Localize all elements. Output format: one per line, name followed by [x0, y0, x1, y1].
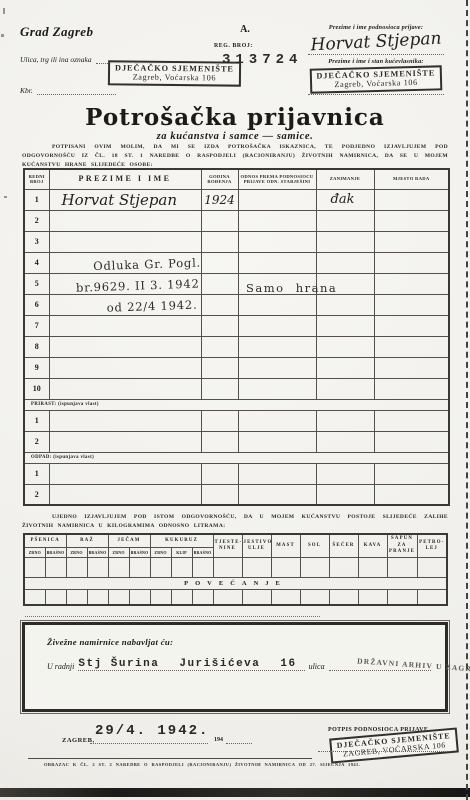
sub-zrno: ZRNO [108, 547, 129, 557]
member-year [201, 210, 238, 231]
col-header-mjesto-rada: MJESTO RADA [374, 169, 449, 189]
prirast-label: PRIRAST: (ispunjava vlast) [24, 399, 449, 410]
member-name [49, 431, 201, 452]
supply-cell [213, 589, 242, 605]
member-workplace [374, 210, 449, 231]
member-occupation [316, 315, 374, 336]
member-workplace [374, 357, 449, 378]
member-name [49, 410, 201, 431]
supply-cell [300, 589, 329, 605]
stamp-line2: Zagreb, Voćarska 106 [115, 72, 234, 82]
supply-cell [271, 557, 300, 577]
member-occupation [316, 294, 374, 315]
col-sapun: SAPUN ZA PRANJE [387, 534, 417, 557]
member-workplace [374, 273, 449, 294]
member-workplace [374, 431, 449, 452]
col-header-zanimanje: ZANIMANJE [316, 169, 374, 189]
table-header-row: REDNI BROJ PREZIME I IME GODINA ROĐENJA … [24, 169, 449, 189]
member-relation [238, 410, 316, 431]
supply-cell [192, 589, 213, 605]
table-row: 3 [24, 231, 449, 252]
scanned-form-page: Grad Zagreb Ulica, trg ili ina oznaka DJ… [0, 0, 470, 800]
member-occupation: đak [316, 189, 374, 210]
row-number: 2 [24, 484, 49, 505]
supply-cell [108, 557, 129, 577]
dotted-leader: DRŽAVNI ARHIV U ZAGREBU [329, 659, 431, 671]
row-number: 5 [24, 273, 49, 294]
supply-cell [45, 557, 66, 577]
supply-cell [300, 557, 329, 577]
legal-rule [28, 758, 312, 759]
stamp-line2: Zagreb, Voćarska 106 [317, 77, 436, 89]
member-name [49, 336, 201, 357]
row-number: 3 [24, 231, 49, 252]
member-year [201, 336, 238, 357]
scan-bottom-edge [0, 788, 470, 797]
member-workplace [374, 189, 449, 210]
reg-number-label: REG. BROJ: [214, 43, 253, 49]
scan-artifact [3, 8, 5, 14]
seminary-stamp: DJEČAČKO SJEMENIŠTE Zagreb, Voćarska 106 [309, 65, 442, 93]
member-workplace [374, 378, 449, 399]
city-title: Grad Zagreb [20, 24, 93, 40]
supply-cell [242, 589, 271, 605]
sub-brasno: BRAŠNO [192, 547, 213, 557]
supply-cell [66, 557, 87, 577]
street-label: Ulica, trg ili ina oznaka [20, 55, 92, 64]
table-row: 1 [24, 410, 449, 431]
col-sol: SOL [300, 534, 329, 557]
samo-hrana-note: Samo hrana [246, 281, 337, 295]
supply-cell [108, 589, 129, 605]
member-relation [238, 210, 316, 231]
member-occupation [316, 231, 374, 252]
col-header-redni-broj: REDNI BROJ [24, 169, 49, 189]
dotted-rule [25, 616, 320, 617]
supply-cell [329, 557, 358, 577]
member-workplace [374, 252, 449, 273]
row-number: 1 [24, 189, 49, 210]
applicant-block: Prezime i ime podnosioca prijave: Horvat… [302, 24, 450, 98]
kbr-label: Kbr. [20, 86, 33, 95]
col-header-odnos: ODNOS PREMA PODNOSIOCU PRIJAVE ODN. STAR… [238, 169, 316, 189]
supply-cell [171, 557, 192, 577]
table-row: 10 [24, 378, 449, 399]
row-number: 1 [24, 463, 49, 484]
col-header-godina: GODINA ROĐENJA [201, 169, 238, 189]
sub-klip: KLIP [171, 547, 192, 557]
col-group-jecam: JEČAM [108, 534, 150, 547]
supply-cell [150, 589, 171, 605]
supply-cell [358, 589, 387, 605]
supply-cell [213, 557, 242, 577]
sub-brasno: BRAŠNO [45, 547, 66, 557]
member-year: 1924 [201, 189, 238, 210]
dotted-line [308, 93, 444, 95]
declaration-paragraph-2: UJEDNO IZJAVLJUJEM POD ISTOM ODGOVORNOŠĆ… [22, 513, 448, 531]
row-number: 8 [24, 336, 49, 357]
member-workplace [374, 336, 449, 357]
supply-cell [417, 557, 447, 577]
table-row: 2 [24, 210, 449, 231]
member-name [49, 210, 201, 231]
member-relation [238, 463, 316, 484]
member-relation [238, 294, 316, 315]
member-relation [238, 431, 316, 452]
shop-number: 16 [280, 658, 296, 670]
supply-cell [24, 589, 45, 605]
row-number: 2 [24, 431, 49, 452]
member-workplace [374, 463, 449, 484]
scan-artifact [4, 196, 7, 198]
member-occupation [316, 336, 374, 357]
member-workplace [374, 315, 449, 336]
scan-artifact [1, 34, 4, 37]
col-petrolej: PETRO-LEJ [417, 534, 447, 557]
member-workplace [374, 231, 449, 252]
supply-cell [171, 589, 192, 605]
member-year [201, 231, 238, 252]
purchase-intro: Živežne namirnice nabavljat ću: [47, 637, 173, 647]
member-relation [238, 336, 316, 357]
member-occupation [316, 210, 374, 231]
supply-cell [129, 557, 150, 577]
sub-zrno: ZRNO [24, 547, 45, 557]
shop-name: Stj Šurina [78, 658, 159, 670]
member-year [201, 357, 238, 378]
member-name [49, 463, 201, 484]
sub-brasno: BRAŠNO [87, 547, 108, 557]
year-dotted-line [226, 743, 252, 744]
household-members-table: REDNI BROJ PREZIME I IME GODINA ROĐENJA … [23, 168, 450, 506]
member-year [201, 315, 238, 336]
member-workplace [374, 410, 449, 431]
povecanje-label: POVEĆANJE [24, 577, 447, 589]
table-row: 2 [24, 484, 449, 505]
sub-zrno: ZRNO [66, 547, 87, 557]
year-stub: 194 [214, 737, 223, 743]
row-number: 4 [24, 252, 49, 273]
applicant-signature: Horvat Stjepan [302, 28, 451, 56]
member-occupation [316, 378, 374, 399]
col-group-kukuruz: KUKURUZ [150, 534, 213, 547]
member-relation [238, 315, 316, 336]
supply-cell [387, 589, 417, 605]
table-row: 8 [24, 336, 449, 357]
member-relation [238, 357, 316, 378]
col-header-prezime-ime: PREZIME I IME [49, 169, 201, 189]
decision-annotation: Odluka Gr. Pogl. br.9629. II 3. 1942 od … [75, 251, 237, 320]
col-group-psenica: PŠENICA [24, 534, 66, 547]
member-name [49, 378, 201, 399]
member-name: Horvat Stjepan [49, 189, 201, 210]
supply-cell [87, 557, 108, 577]
supply-cell [329, 589, 358, 605]
member-occupation [316, 252, 374, 273]
member-relation [238, 189, 316, 210]
row-number: 9 [24, 357, 49, 378]
supply-cell [417, 589, 447, 605]
table-row: 9 [24, 357, 449, 378]
member-year [201, 410, 238, 431]
col-kava: KAVA [358, 534, 387, 557]
col-jestivo-ulje: JESTIVO ULJE [242, 534, 271, 557]
ulica-label: ulica [309, 662, 325, 671]
supply-cell [271, 589, 300, 605]
member-occupation [316, 484, 374, 505]
perforation-edge [466, 0, 468, 800]
col-mast: MAST [271, 534, 300, 557]
row-number: 2 [24, 210, 49, 231]
member-year [201, 431, 238, 452]
supply-cell [242, 557, 271, 577]
table-row: 1 Horvat Stjepan 1924 đak [24, 189, 449, 210]
house-number-field: Kbr. [20, 86, 116, 95]
member-occupation [316, 410, 374, 431]
supply-cell [129, 589, 150, 605]
member-occupation [316, 431, 374, 452]
section-letter: A. [222, 24, 268, 35]
shop-row: U radnji Stj Šurina Jurišićeva 16 ulica … [47, 658, 431, 671]
member-occupation [316, 463, 374, 484]
col-group-raz: RAŽ [66, 534, 108, 547]
supply-cell [192, 557, 213, 577]
supply-cell [87, 589, 108, 605]
table-row: 1 [24, 463, 449, 484]
row-number: 10 [24, 378, 49, 399]
supply-cell [387, 557, 417, 577]
prirast-section-row: PRIRAST: (ispunjava vlast) [24, 399, 449, 410]
supply-cell [150, 557, 171, 577]
form-subtitle: za kućanstva i samce — samice. [0, 131, 470, 142]
member-name [49, 315, 201, 336]
supplies-empty-row [24, 589, 447, 605]
member-relation [238, 484, 316, 505]
supply-cell [66, 589, 87, 605]
owner-label: Prezime i ime i stan kućevlasnika: [302, 58, 450, 65]
odpad-label: ODPAD: (ispunjava vlast) [24, 452, 449, 463]
member-name [49, 357, 201, 378]
row-number: 7 [24, 315, 49, 336]
supplies-empty-row [24, 557, 447, 577]
povecanje-row: POVEĆANJE [24, 577, 447, 589]
supplies-table: PŠENICA RAŽ JEČAM KUKURUZ TJESTE-NINE JE… [23, 533, 448, 606]
purchase-box: Živežne namirnice nabavljat ću: U radnji… [22, 622, 448, 712]
legal-text: OBRAZAC K ČL. 2 ST. 2 NAREDBE O RASPODJE… [44, 762, 424, 767]
supply-cell [358, 557, 387, 577]
declaration-paragraph-1: POTPISANI OVIM MOLIM, DA MI SE IZDA POTR… [22, 143, 448, 170]
shop-street: Jurišićeva [179, 658, 260, 670]
signature-dotted-line [318, 751, 450, 752]
supplies-group-header-row: PŠENICA RAŽ JEČAM KUKURUZ TJESTE-NINE JE… [24, 534, 447, 547]
col-tjestenine: TJESTE-NINE [213, 534, 242, 557]
reg-number-value: 313724 [222, 52, 302, 68]
member-name [49, 484, 201, 505]
table-row: 2 [24, 431, 449, 452]
member-workplace [374, 484, 449, 505]
supply-cell [24, 557, 45, 577]
sub-zrno: ZRNO [150, 547, 171, 557]
row-number: 1 [24, 410, 49, 431]
member-year [201, 484, 238, 505]
row-number: 6 [24, 294, 49, 315]
member-relation [238, 231, 316, 252]
supply-cell [45, 589, 66, 605]
sub-brasno: BRAŠNO [129, 547, 150, 557]
date-value: 29/4. 1942. [95, 723, 209, 739]
member-occupation [316, 357, 374, 378]
shop-typed-entry: Stj Šurina Jurišićeva 16 [78, 658, 304, 671]
member-year [201, 378, 238, 399]
member-relation [238, 378, 316, 399]
member-name [49, 231, 201, 252]
date-dotted-line [90, 743, 208, 744]
archive-stamp: DRŽAVNI ARHIV U ZAGREBU [356, 656, 470, 674]
col-secer: ŠEĆER [329, 534, 358, 557]
shop-label: U radnji [47, 662, 74, 671]
member-relation [238, 252, 316, 273]
member-workplace [374, 294, 449, 315]
kbr-dotted-line [37, 86, 116, 95]
form-title: Potrošačka prijavnica [0, 104, 470, 131]
odpad-section-row: ODPAD: (ispunjava vlast) [24, 452, 449, 463]
member-year [201, 463, 238, 484]
